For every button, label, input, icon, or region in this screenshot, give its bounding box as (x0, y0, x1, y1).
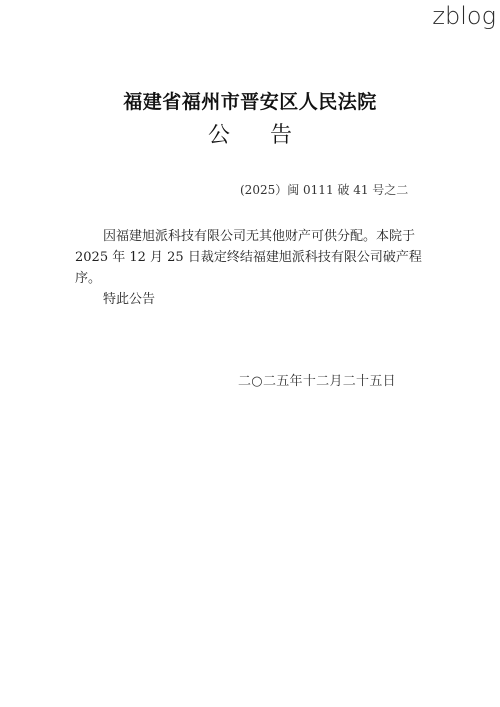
announcement-body: 因福建旭派科技有限公司无其他财产可供分配。本院于 2025 年 12 月 25 … (75, 226, 430, 310)
title-char-2: 告 (270, 123, 292, 148)
case-number: (2025）闽 0111 破 41 号之二 (240, 181, 408, 198)
title-char-1: 公 (208, 123, 230, 148)
announcement-date: 二○二五年十二月二十五日 (238, 370, 396, 389)
document-title: 公告 (0, 118, 500, 149)
court-name-heading: 福建省福州市晋安区人民法院 (0, 87, 500, 114)
watermark-logo: zblog (432, 2, 496, 30)
announcement-paragraph: 因福建旭派科技有限公司无其他财产可供分配。本院于 2025 年 12 月 25 … (75, 226, 430, 289)
closing-phrase: 特此公告 (75, 289, 430, 310)
